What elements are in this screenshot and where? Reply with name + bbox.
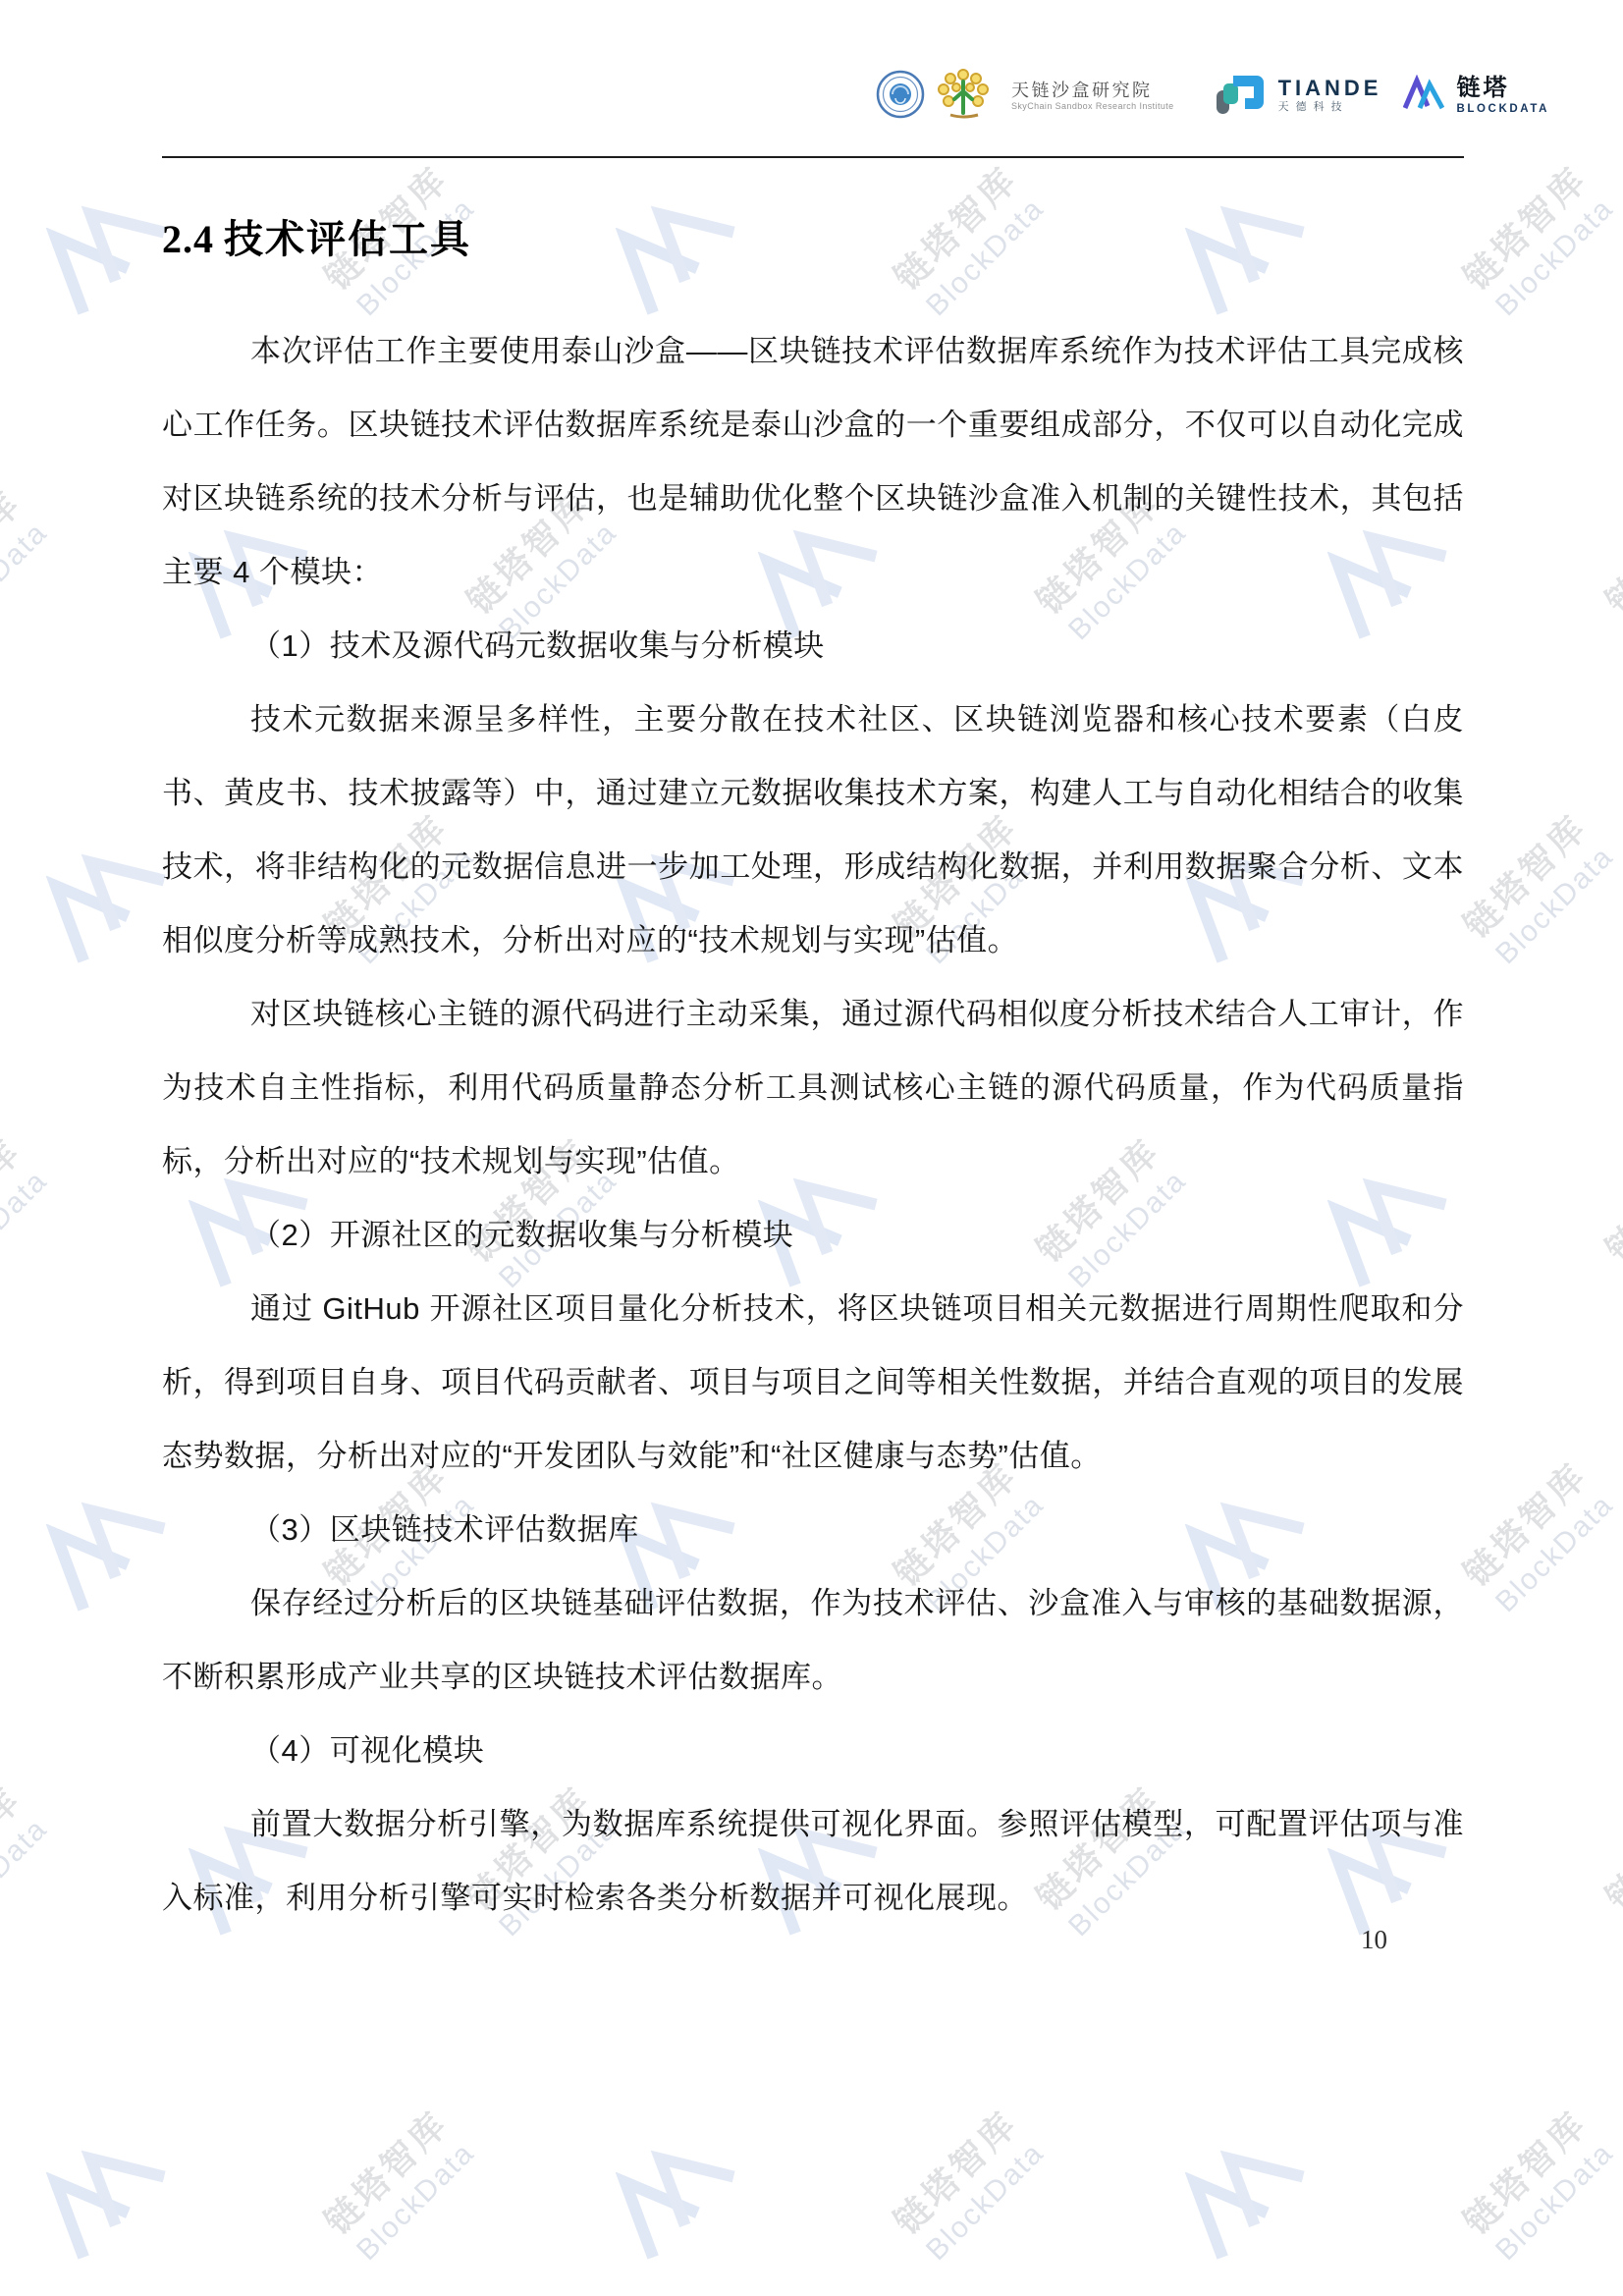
paragraph: 对区块链核心主链的源代码进行主动采集，通过源代码相似度分析技术结合人工审计，作为… [162,977,1464,1198]
paragraph-module-3-heading: （3）区块链技术评估数据库 [162,1493,1464,1566]
paragraph: 通过 GitHub 开源社区项目量化分析技术，将区块链项目相关元数据进行周期性爬… [162,1272,1464,1493]
watermark-logo-icon [161,0,321,1]
paragraph-module-1-heading: （1）技术及源代码元数据收集与分析模块 [162,609,1464,683]
paragraph: 前置大数据分析引擎，为数据库系统提供可视化界面。参照评估模型，可配置评估项与准入… [162,1787,1464,1935]
watermark-text: 链塔智库BlockData [1451,801,1623,973]
watermark-logo-icon [1158,2110,1318,2270]
paragraph: 技术元数据来源呈多样性，主要分散在技术社区、区块链浏览器和核心技术要素（白皮书、… [162,683,1464,977]
watermark-text: 链塔智库BlockData [1451,2098,1623,2269]
section-title: 2.4技术评估工具 [162,216,471,263]
watermark-text: 链塔智库BlockData [0,0,56,1]
watermark-text: 链塔智库BlockData [0,1125,56,1297]
paragraph-module-4-heading: （4）可视化模块 [162,1714,1464,1787]
skychain-name-cn: 天链沙盒研究院 [1011,80,1174,102]
skychain-name-en: SkyChain Sandbox Research Institute [1011,101,1174,113]
watermark-logo-icon [19,2110,179,2270]
watermark-logo-icon [1300,0,1460,1]
skychain-tree-icon [937,68,990,126]
blockdata-name-cn: 链塔 [1456,76,1549,100]
blockdata-logo-text: 链塔 BLOCKDATA [1456,76,1549,116]
document-page: 链塔智库BlockData链塔智库BlockData链塔智库BlockData链… [0,0,1623,2296]
watermark-text: 链塔智库BlockData [1024,0,1196,1]
paragraph: 保存经过分析后的区块链基础评估数据，作为技术评估、沙盒准入与审核的基础数据源，不… [162,1566,1464,1714]
header-logos: 天链沙盒研究院 SkyChain Sandbox Research Instit… [876,67,1549,126]
watermark-text: 链塔智库BlockData [1594,477,1623,649]
watermark-logo-icon [19,814,179,974]
watermark-text: 链塔智库BlockData [312,2098,484,2269]
tiande-logo-icon [1214,71,1267,123]
blockdata-mountain-icon [1403,75,1444,119]
watermark-logo-icon [588,166,748,326]
paragraph-module-2-heading: （2）开源社区的元数据收集与分析模块 [162,1198,1464,1272]
tiande-name-cn: 天德科技 [1278,100,1382,115]
tiande-logo-text: TIANDE 天德科技 [1278,77,1382,116]
page-number: 10 [1361,1925,1387,1955]
watermark-logo-icon [19,166,179,326]
watermark-text: 链塔智库BlockData [1594,1125,1623,1297]
watermark-logo-icon [1158,166,1318,326]
watermark-text: 链塔智库BlockData [0,1774,56,1945]
tiande-name-en: TIANDE [1278,77,1382,100]
watermark-text: 链塔智库BlockData [0,477,56,649]
watermark-text: 链塔智库BlockData [455,0,626,1]
paragraph: 本次评估工作主要使用泰山沙盒——区块链技术评估数据库系统作为技术评估工具完成核心… [162,314,1464,609]
watermark-logo-icon [19,1462,179,1622]
skychain-seal-icon [876,70,925,124]
watermark-text: 链塔智库BlockData [1451,153,1623,325]
watermark-text: 链塔智库BlockData [1594,0,1623,1]
section-number: 2.4 [162,217,214,261]
watermark-logo-icon [588,2110,748,2270]
document-body: 本次评估工作主要使用泰山沙盒——区块链技术评估数据库系统作为技术评估工具完成核心… [162,314,1464,1935]
watermark-logo-icon [730,0,891,1]
skychain-logo-text: 天链沙盒研究院 SkyChain Sandbox Research Instit… [1011,80,1174,113]
watermark-text: 链塔智库BlockData [1451,1449,1623,1621]
header-rule [162,156,1464,158]
blockdata-name-en: BLOCKDATA [1456,101,1549,117]
section-title-text: 技术评估工具 [224,218,471,261]
watermark-text: 链塔智库BlockData [882,153,1054,325]
watermark-text: 链塔智库BlockData [882,2098,1054,2269]
watermark-text: 链塔智库BlockData [1594,1774,1623,1945]
